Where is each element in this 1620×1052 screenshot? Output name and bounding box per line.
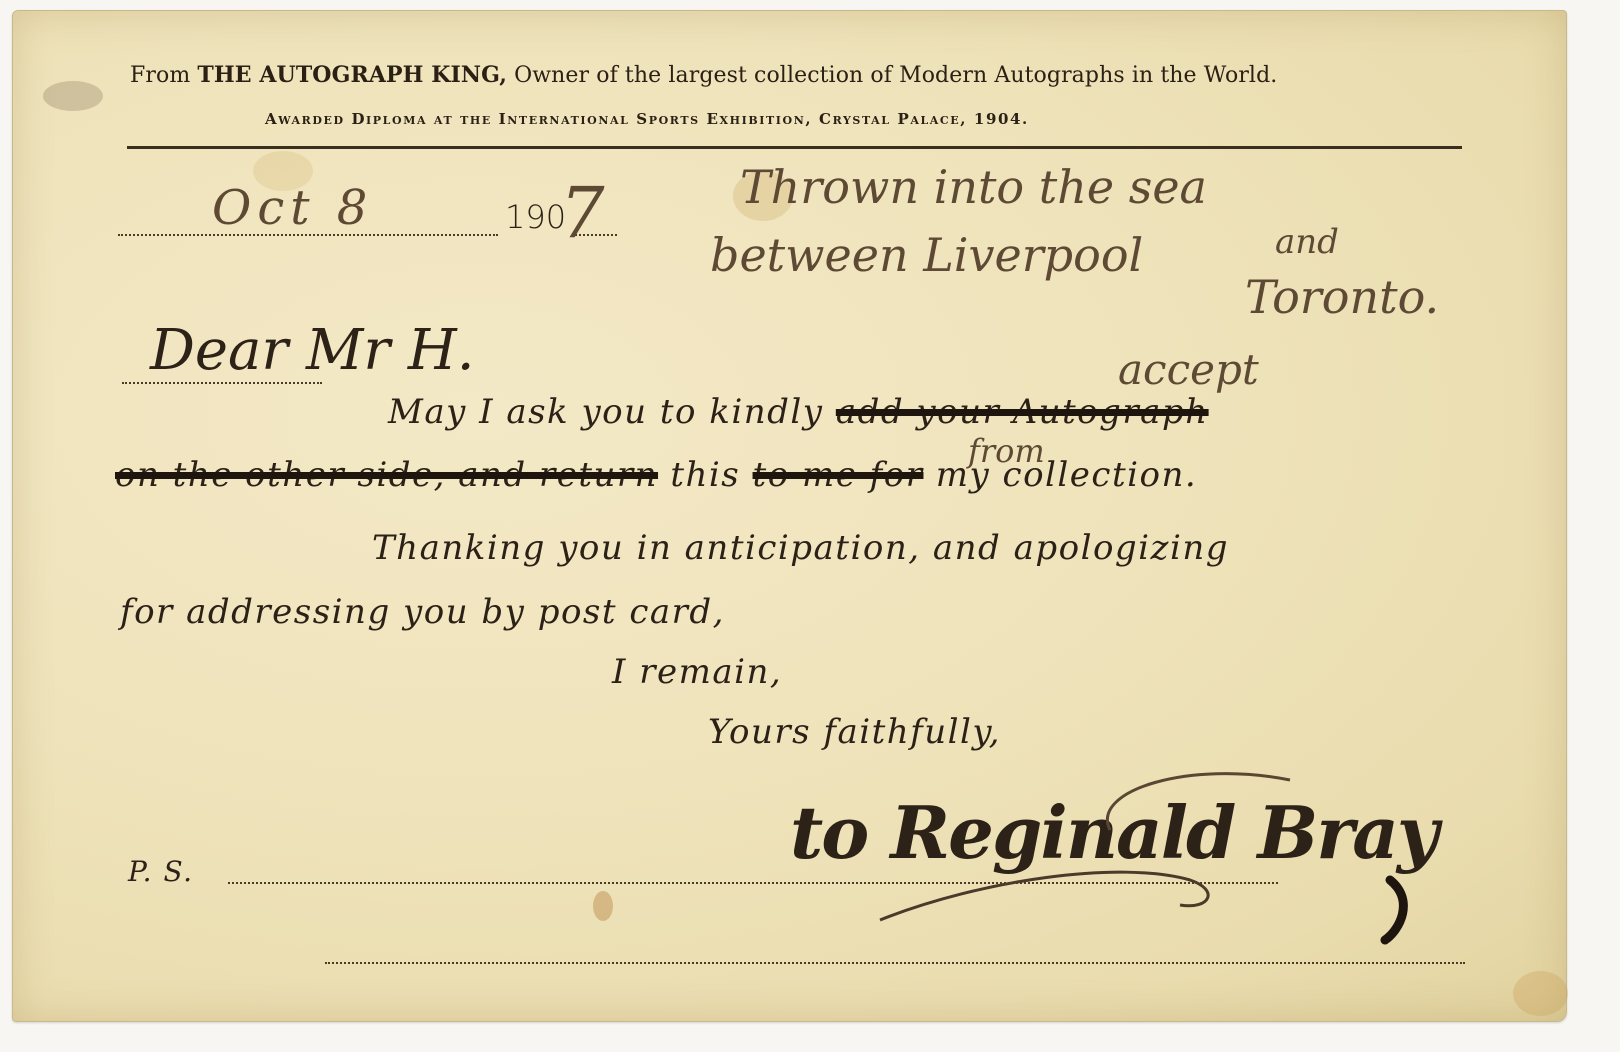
annotation-line-2: between Liverpool [710,228,1143,282]
body-line-3: Thanking you in anticipation, and apolog… [372,528,1229,568]
body-line-2-end: my collection. [936,455,1197,495]
closing-remain: I remain, [612,652,782,692]
stain [43,81,103,111]
date-printed-year: 190 [505,198,566,236]
annotation-line-3: Toronto. [1245,270,1439,324]
header-rest: Owner of the largest collection of Moder… [507,63,1277,88]
ps-dotted-line [228,882,1278,884]
ps-label: P. S. [128,855,194,888]
salutation: Dear Mr H. [150,318,475,383]
struck-text-2: on the other side, and return [115,455,658,495]
header-brand: THE AUTOGRAPH KING, [197,62,507,88]
header-prefix: From [130,63,197,88]
closing-yours: Yours faithfully, [708,712,1001,752]
annotation-line-1: Thrown into the sea [740,160,1207,214]
date-handwritten: Oct 8 [212,180,373,236]
body-line-2-this: this [670,455,740,495]
body-line-4: for addressing you by post card, [120,592,725,632]
body-line-2: on the other side, and return this to me… [115,455,1197,495]
stain [593,891,613,921]
ps-dotted-line-2 [325,962,1465,964]
struck-text-1: add your Autograph [836,392,1209,432]
signature-flourish-icon [860,760,1460,960]
body-line-1-text: May I ask you to kindly [388,392,824,432]
stain [1513,971,1568,1016]
date-year-digit: 7 [560,172,605,254]
body-line-1: May I ask you to kindly add your Autogra… [388,392,1209,432]
insert-accept: accept [1118,345,1259,394]
header-line-1: From THE AUTOGRAPH KING, Owner of the la… [130,62,1277,88]
annotation-insert-and: and [1275,222,1339,262]
header-rule [127,146,1462,149]
header-line-2: Awarded Diploma at the International Spo… [265,110,1029,128]
struck-text-3: to me for [753,455,924,495]
